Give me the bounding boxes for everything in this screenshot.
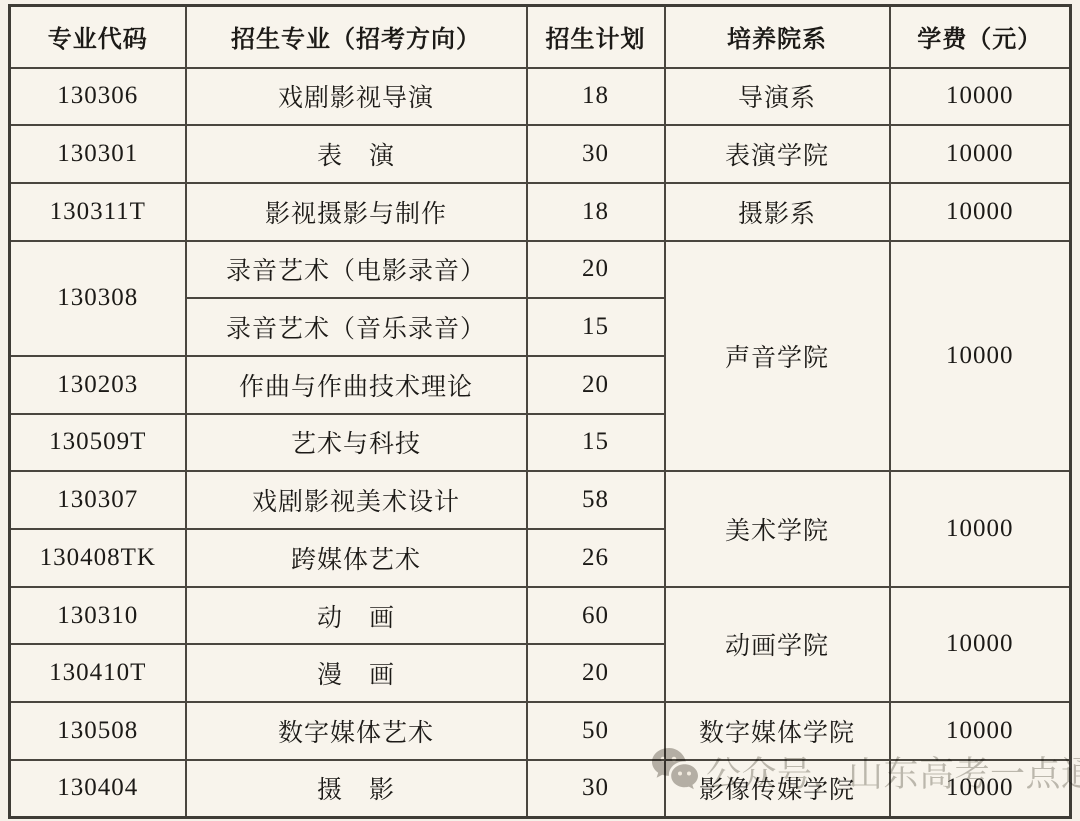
cell-major-code: 130306: [10, 68, 186, 126]
cell-major-code: 130308: [10, 241, 186, 356]
header-plan: 招生计划: [527, 6, 665, 68]
header-row: 专业代码 招生专业（招考方向） 招生计划 培养院系 学费（元）: [10, 6, 1071, 68]
cell-major-name: 跨媒体艺术: [186, 529, 527, 587]
cell-major-name: 戏剧影视导演: [186, 68, 527, 126]
cell-major-code: 130408TK: [10, 529, 186, 587]
table-row: 130307 戏剧影视美术设计 58 美术学院 10000: [10, 471, 1071, 529]
table-row: 130301 表 演 30 表演学院 10000: [10, 125, 1071, 183]
cell-major-name: 戏剧影视美术设计: [186, 471, 527, 529]
table-row: 130310 动 画 60 动画学院 10000: [10, 587, 1071, 645]
cell-major-name: 摄 影: [186, 760, 527, 818]
cell-major-code: 130508: [10, 702, 186, 760]
header-tuition: 学费（元）: [890, 6, 1071, 68]
header-major-name: 招生专业（招考方向）: [186, 6, 527, 68]
cell-plan: 15: [527, 298, 665, 356]
cell-major-name: 动 画: [186, 587, 527, 645]
table-row: 130311T 影视摄影与制作 18 摄影系 10000: [10, 183, 1071, 241]
cell-major-code: 130311T: [10, 183, 186, 241]
admissions-table: 专业代码 招生专业（招考方向） 招生计划 培养院系 学费（元） 130306 戏…: [8, 4, 1072, 819]
cell-plan: 30: [527, 760, 665, 818]
cell-plan: 20: [527, 241, 665, 299]
cell-plan: 20: [527, 356, 665, 414]
cell-department: 表演学院: [665, 125, 890, 183]
cell-department: 声音学院: [665, 241, 890, 472]
cell-department: 数字媒体学院: [665, 702, 890, 760]
cell-department: 动画学院: [665, 587, 890, 702]
cell-department: 影像传媒学院: [665, 760, 890, 818]
table-header: 专业代码 招生专业（招考方向） 招生计划 培养院系 学费（元）: [10, 6, 1071, 68]
table-body: 130306 戏剧影视导演 18 导演系 10000 130301 表 演 30…: [10, 68, 1071, 818]
cell-plan: 20: [527, 644, 665, 702]
table-row: 130308 录音艺术（电影录音） 20 声音学院 10000: [10, 241, 1071, 299]
cell-plan: 60: [527, 587, 665, 645]
cell-plan: 58: [527, 471, 665, 529]
cell-major-code: 130509T: [10, 414, 186, 472]
cell-plan: 18: [527, 68, 665, 126]
cell-tuition: 10000: [890, 702, 1071, 760]
cell-plan: 50: [527, 702, 665, 760]
cell-major-name: 录音艺术（电影录音）: [186, 241, 527, 299]
cell-plan: 30: [527, 125, 665, 183]
cell-major-code: 130404: [10, 760, 186, 818]
header-department: 培养院系: [665, 6, 890, 68]
cell-major-name: 影视摄影与制作: [186, 183, 527, 241]
header-major-code: 专业代码: [10, 6, 186, 68]
cell-tuition: 10000: [890, 68, 1071, 126]
cell-major-name: 数字媒体艺术: [186, 702, 527, 760]
cell-major-code: 130310: [10, 587, 186, 645]
cell-tuition: 10000: [890, 471, 1071, 586]
table-row: 130508 数字媒体艺术 50 数字媒体学院 10000: [10, 702, 1071, 760]
cell-plan: 26: [527, 529, 665, 587]
cell-major-name: 表 演: [186, 125, 527, 183]
cell-major-name: 漫 画: [186, 644, 527, 702]
cell-plan: 15: [527, 414, 665, 472]
cell-major-name: 录音艺术（音乐录音）: [186, 298, 527, 356]
cell-tuition: 10000: [890, 760, 1071, 818]
cell-major-code: 130410T: [10, 644, 186, 702]
cell-tuition: 10000: [890, 125, 1071, 183]
cell-major-name: 作曲与作曲技术理论: [186, 356, 527, 414]
table-row: 130404 摄 影 30 影像传媒学院 10000: [10, 760, 1071, 818]
cell-tuition: 10000: [890, 587, 1071, 702]
cell-tuition: 10000: [890, 241, 1071, 472]
cell-department: 导演系: [665, 68, 890, 126]
cell-plan: 18: [527, 183, 665, 241]
cell-major-code: 130203: [10, 356, 186, 414]
cell-major-code: 130307: [10, 471, 186, 529]
cell-major-name: 艺术与科技: [186, 414, 527, 472]
cell-department: 摄影系: [665, 183, 890, 241]
cell-department: 美术学院: [665, 471, 890, 586]
cell-tuition: 10000: [890, 183, 1071, 241]
table-row: 130306 戏剧影视导演 18 导演系 10000: [10, 68, 1071, 126]
cell-major-code: 130301: [10, 125, 186, 183]
